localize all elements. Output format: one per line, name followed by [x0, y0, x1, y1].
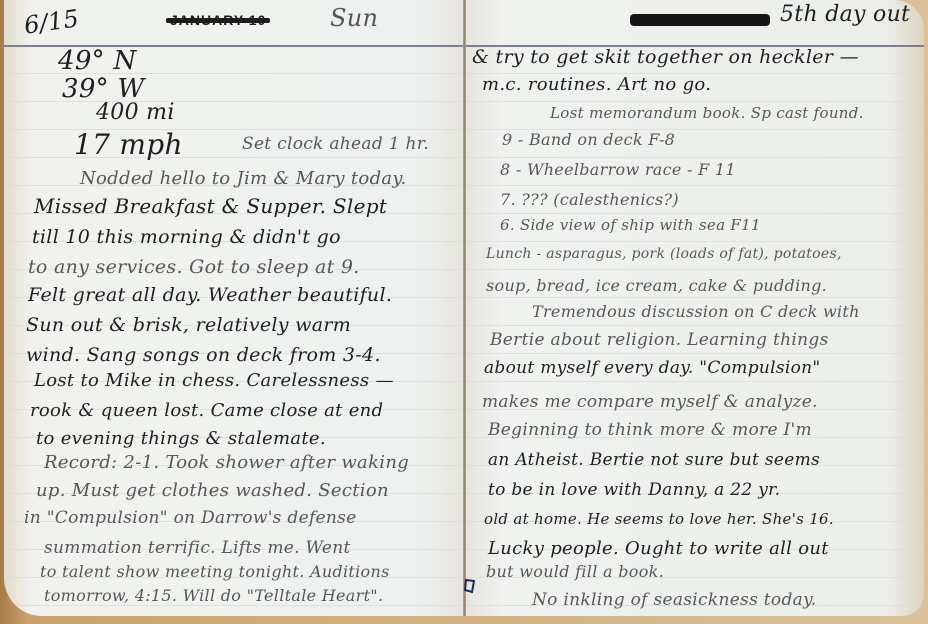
- text-line: Bertie about religion. Learning things: [490, 330, 829, 350]
- text-line: but would fill a book.: [486, 562, 664, 581]
- text-line: makes me compare myself & analyze.: [482, 392, 818, 412]
- text-line: tomorrow, 4:15. Will do "Telltale Heart"…: [44, 586, 383, 605]
- text-line: to talent show meeting tonight. Audition…: [40, 562, 390, 581]
- text-line: old at home. He seems to love her. She's…: [484, 510, 834, 528]
- text-line: till 10 this morning & didn't go: [32, 226, 341, 248]
- text-line: Lunch - asparagus, pork (loads of fat), …: [486, 246, 842, 262]
- text-line: m.c. routines. Art no go.: [482, 74, 711, 95]
- text-line: in "Compulsion" on Darrow's defense: [24, 508, 357, 528]
- text-line: Lost memorandum book. Sp cast found.: [550, 104, 864, 122]
- text-line: wind. Sang songs on deck from 3-4.: [26, 344, 381, 366]
- text-line: Sun out & brisk, relatively warm: [26, 314, 351, 336]
- day-of-week: Sun: [330, 4, 378, 32]
- text-line: summation terrific. Lifts me. Went: [44, 538, 351, 558]
- distance: 400 mi: [96, 100, 175, 125]
- text-line: soup, bread, ice cream, cake & pudding.: [486, 276, 827, 295]
- printed-month-blacked-out: JANUARY: [630, 14, 770, 26]
- text-line: an Atheist. Bertie not sure but seems: [488, 450, 820, 470]
- latitude: 49° N: [58, 46, 137, 76]
- text-line: Record: 2-1. Took shower after waking: [44, 452, 409, 473]
- left-page: 6/15 JANUARY 10 Sun 49° N 39° W 400 mi 1…: [4, 0, 464, 616]
- text-line: No inkling of seasickness today.: [532, 590, 816, 610]
- text-line: rook & queen lost. Came close at end: [30, 400, 383, 421]
- speed: 17 mph: [74, 128, 183, 161]
- text-line: Felt great all day. Weather beautiful.: [28, 284, 392, 306]
- text-line: Lost to Mike in chess. Carelessness —: [34, 370, 394, 391]
- right-page: JANUARY 5th day out & try to get skit to…: [466, 0, 924, 616]
- text-line: Nodded hello to Jim & Mary today.: [80, 168, 407, 189]
- text-line: Missed Breakfast & Supper. Slept: [34, 194, 387, 218]
- list-item: 6. Side view of ship with sea F11: [500, 216, 761, 234]
- text-line: to any services. Got to sleep at 9.: [28, 256, 360, 278]
- text-line: Lucky people. Ought to write all out: [488, 538, 829, 559]
- list-item: 7. ??? (calesthenics?): [500, 190, 679, 209]
- list-item: 9 - Band on deck F-8: [502, 130, 675, 149]
- text-line: & try to get skit together on heckler —: [472, 46, 859, 68]
- text-line: Set clock ahead 1 hr.: [242, 134, 429, 154]
- text-line: to evening things & stalemate.: [36, 428, 326, 449]
- printed-month-struck: JANUARY 10: [170, 12, 266, 28]
- text-line: to be in love with Danny, a 22 yr.: [488, 480, 780, 500]
- entry-date: 6/15: [22, 4, 80, 39]
- list-item: 8 - Wheelbarrow race - F 11: [500, 160, 736, 179]
- day-count-label: 5th day out: [780, 2, 910, 27]
- text-line: Tremendous discussion on C deck with: [532, 302, 860, 321]
- margin-marker-icon: [464, 578, 476, 594]
- text-line: up. Must get clothes washed. Section: [36, 480, 389, 501]
- text-line: about myself every day. "Compulsion": [484, 358, 821, 378]
- text-line: Beginning to think more & more I'm: [488, 420, 812, 440]
- diary-spread: 6/15 JANUARY 10 Sun 49° N 39° W 400 mi 1…: [0, 0, 928, 624]
